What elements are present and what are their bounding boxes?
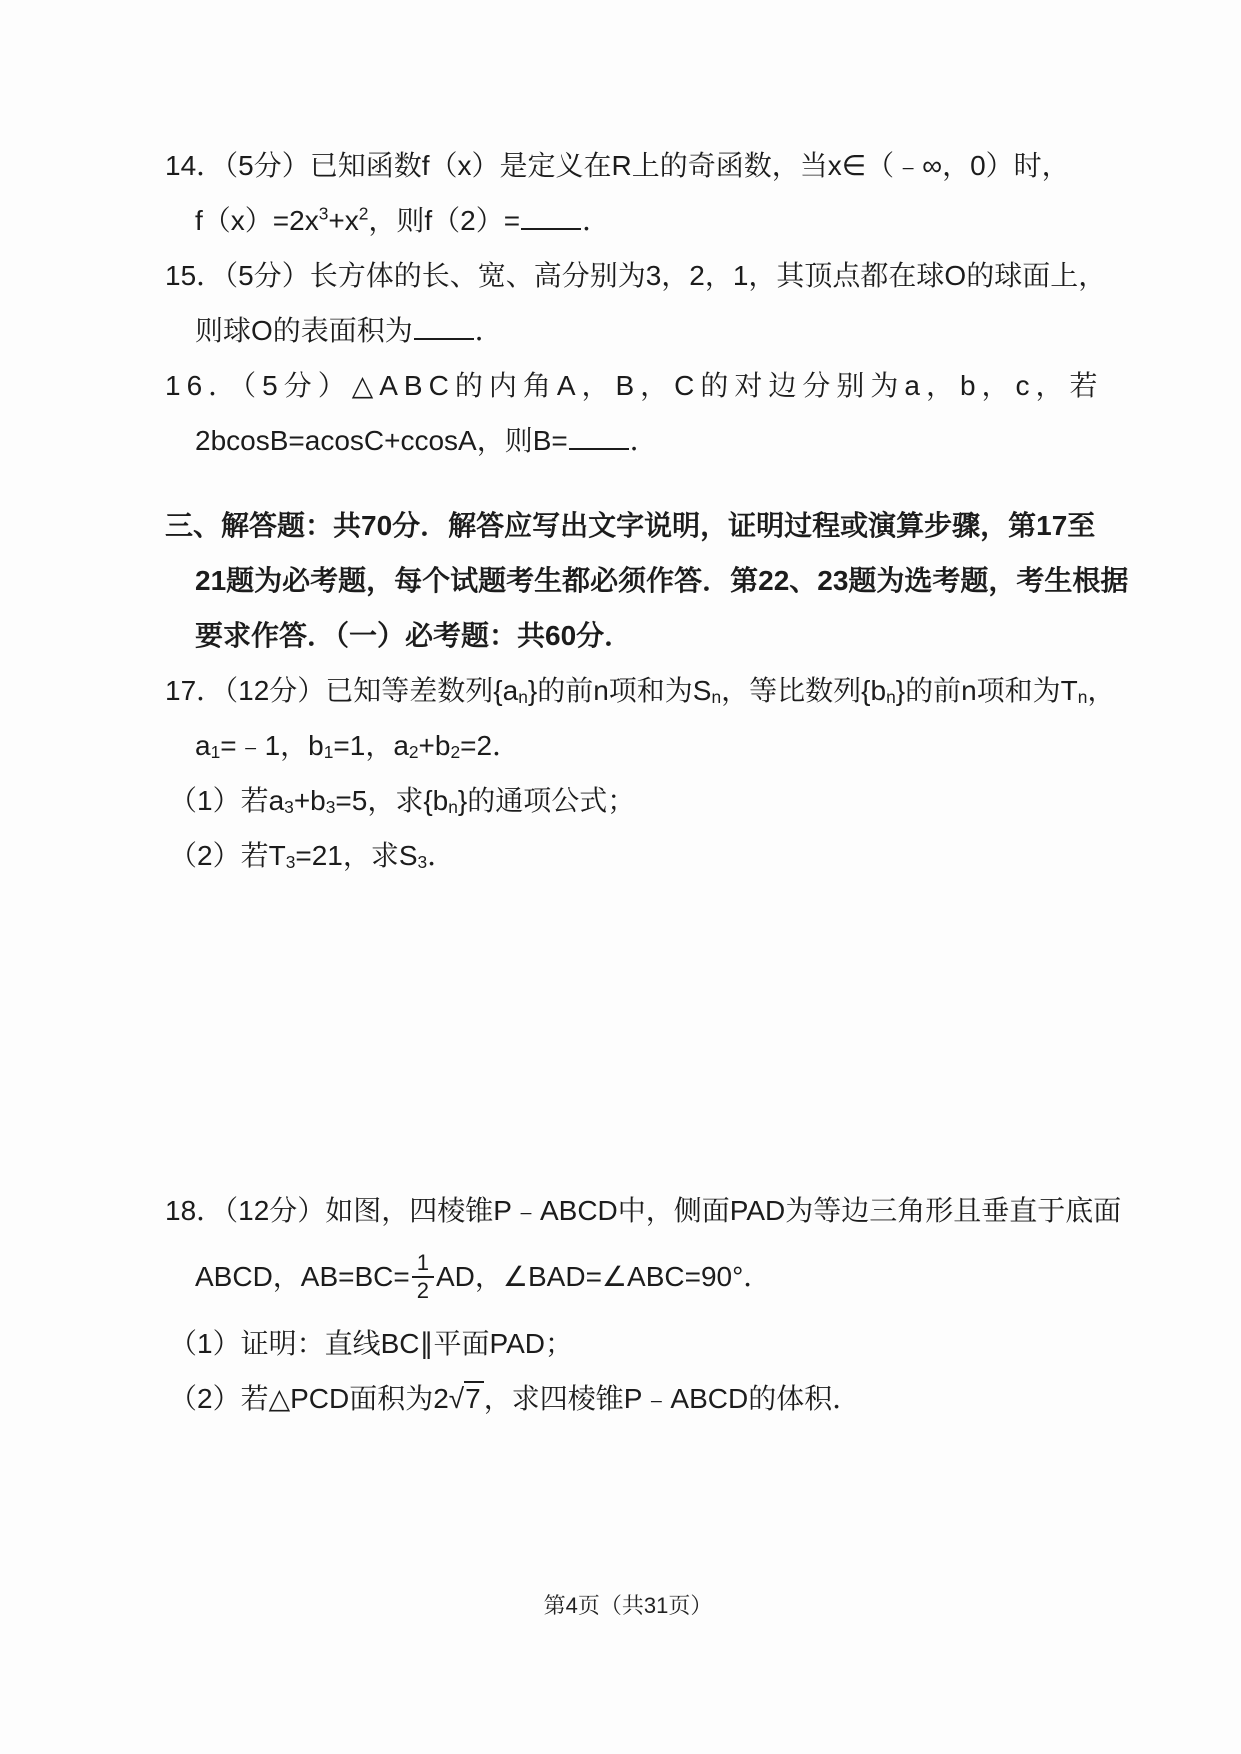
subscript: n [448, 797, 458, 817]
section-header-line: 21题为必考题，每个试题考生都必须作答．第22、23题为选考题，考生根据 [165, 553, 1091, 608]
question-17-line: a1=﹣1，b1=1，a2+b2=2． [165, 718, 1091, 773]
subscript: n [518, 687, 528, 707]
question-16-line: 16．（5分）△ABC的内角A，B，C的对边分别为a，b，c，若 [165, 358, 1091, 413]
subscript: n [711, 687, 721, 707]
answer-blank [521, 226, 581, 230]
subscript: 1 [211, 742, 221, 762]
question-18: 18．（12分）如图，四棱锥P﹣ABCD中，侧面PAD为等边三角形且垂直于底面A… [165, 1183, 1091, 1426]
question-18-line: （1）证明：直线BC∥平面PAD； [165, 1316, 1091, 1371]
question-18-line: 18．（12分）如图，四棱锥P﹣ABCD中，侧面PAD为等边三角形且垂直于底面 [165, 1183, 1091, 1238]
section-header: 三、解答题：共70分．解答应写出文字说明，证明过程或演算步骤，第17至21题为必… [165, 498, 1091, 663]
question-16: 16．（5分）△ABC的内角A，B，C的对边分别为a，b，c，若2bcosB=a… [165, 358, 1091, 468]
subscript: n [886, 687, 896, 707]
superscript: 2 [359, 204, 369, 224]
question-18-line: ABCD，AB=BC=12AD，∠BAD=∠ABC=90°． [165, 1238, 1091, 1316]
question-16-line: 2bcosB=acosC+ccosA，则B=． [165, 413, 1091, 468]
document-page: 14．（5分）已知函数f（x）是定义在R上的奇函数，当x∈（﹣∞，0）时，f（x… [0, 0, 1241, 1754]
question-15-line: 15．（5分）长方体的长、宽、高分别为3，2，1，其顶点都在球O的球面上， [165, 248, 1091, 303]
square-root: √7 [449, 1381, 484, 1414]
subscript: 1 [324, 742, 334, 762]
question-14: 14．（5分）已知函数f（x）是定义在R上的奇函数，当x∈（﹣∞，0）时，f（x… [165, 138, 1091, 248]
fraction-numerator: 1 [412, 1250, 434, 1277]
question-18-line: （2）若△PCD面积为2√7，求四棱锥P﹣ABCD的体积． [165, 1371, 1091, 1426]
subscript: 2 [409, 742, 419, 762]
subscript: 3 [418, 852, 428, 872]
subscript: n [1078, 687, 1088, 707]
question-17-line: （1）若a3+b3=5，求{bn}的通项公式； [165, 773, 1091, 828]
question-17-line: 17．（12分）已知等差数列{an}的前n项和为Sn，等比数列{bn}的前n项和… [165, 663, 1091, 718]
subscript: 3 [286, 852, 296, 872]
answer-blank [569, 446, 629, 450]
question-14-line: 14．（5分）已知函数f（x）是定义在R上的奇函数，当x∈（﹣∞，0）时， [165, 138, 1091, 193]
subscript: 3 [326, 797, 336, 817]
section-header-line: 要求作答．（一）必考题：共60分． [165, 608, 1091, 663]
question-15: 15．（5分）长方体的长、宽、高分别为3，2，1，其顶点都在球O的球面上，则球O… [165, 248, 1091, 358]
question-14-line: f（x）=2x3+x2，则f（2）=． [165, 193, 1091, 248]
section-header-line: 三、解答题：共70分．解答应写出文字说明，证明过程或演算步骤，第17至 [165, 498, 1091, 553]
question-17: 17．（12分）已知等差数列{an}的前n项和为Sn，等比数列{bn}的前n项和… [165, 663, 1091, 883]
subscript: 3 [284, 797, 294, 817]
question-17-line: （2）若T3=21，求S3． [165, 828, 1091, 883]
question-15-line: 则球O的表面积为． [165, 303, 1091, 358]
answer-blank [414, 336, 474, 340]
fraction-denominator: 2 [412, 1278, 434, 1303]
radicand: 7 [464, 1381, 484, 1414]
document-content: 14．（5分）已知函数f（x）是定义在R上的奇函数，当x∈（﹣∞，0）时，f（x… [0, 0, 1241, 1620]
page-footer: 第4页（共31页） [165, 1589, 1091, 1620]
fraction: 12 [412, 1250, 434, 1303]
subscript: 2 [450, 742, 460, 762]
superscript: 3 [319, 204, 329, 224]
